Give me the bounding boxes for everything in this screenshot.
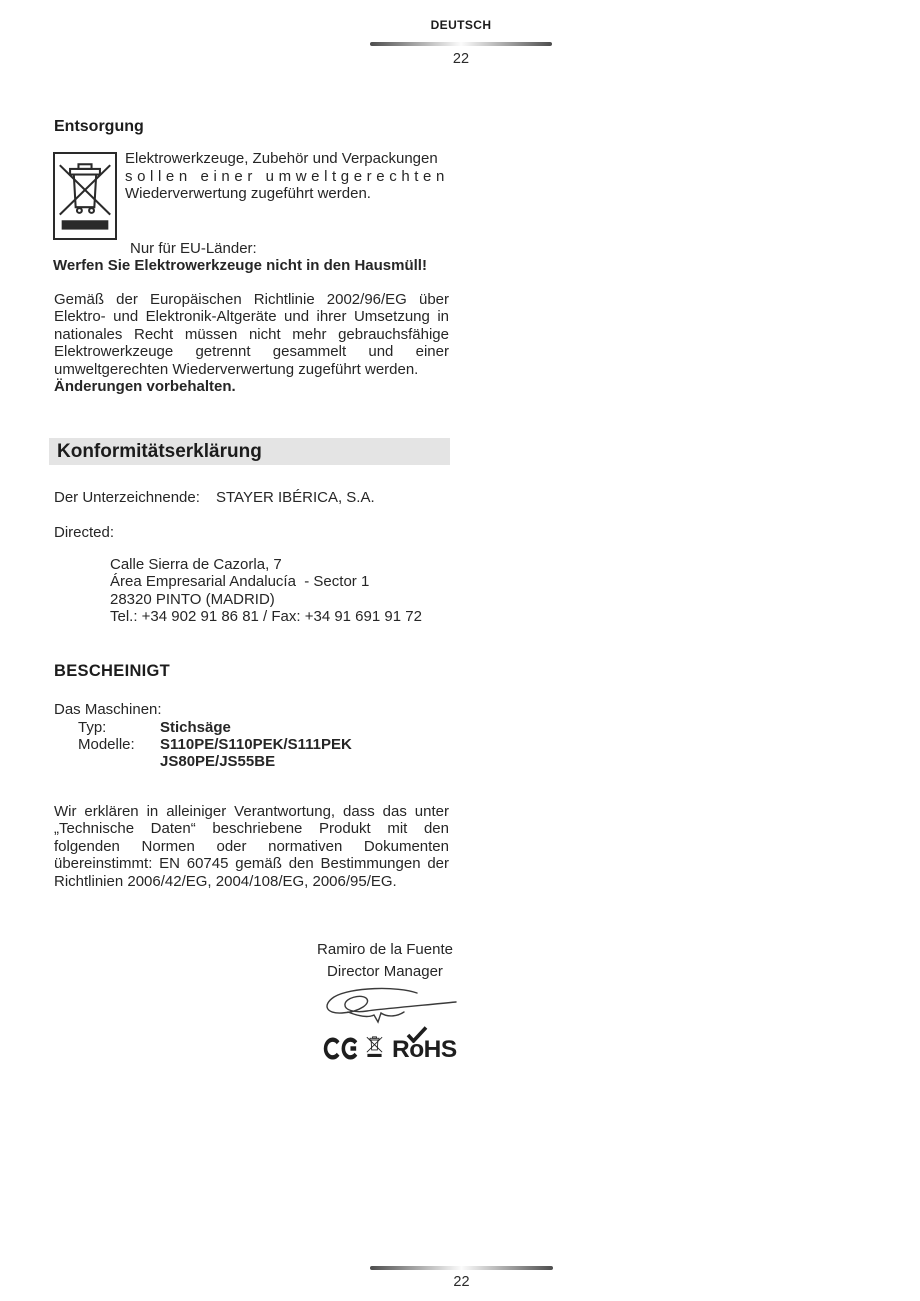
type-label: Typ: <box>78 719 106 736</box>
declaration-paragraph: Wir erklären in alleiniger Verantwortung… <box>54 803 449 890</box>
undersigned-label: Der Unterzeichnende: <box>54 489 200 506</box>
directed-label: Directed: <box>54 524 114 541</box>
disposal-title: Entsorgung <box>54 118 144 136</box>
ce-glyph <box>322 1037 359 1060</box>
header-rule <box>370 42 552 46</box>
footer-page-number: 22 <box>370 1274 553 1290</box>
manual-page: DEUTSCH 22 Entsorgung Elektrowerkzeuge, … <box>0 0 920 1301</box>
header-page-number: 22 <box>370 51 552 67</box>
address-line: Calle Sierra de Cazorla, 7 <box>110 556 422 573</box>
models-label: Modelle: <box>78 736 135 753</box>
signature-glyph <box>320 985 458 1025</box>
signatory-title: Director Manager <box>285 963 485 980</box>
company-address: Calle Sierra de Cazorla, 7 Área Empresar… <box>110 556 422 625</box>
eu-warning: Werfen Sie Elektrowerkzeuge nicht in den… <box>53 257 427 274</box>
company-name: STAYER IBÉRICA, S.A. <box>216 489 375 506</box>
header-language-label: DEUTSCH <box>370 18 552 32</box>
disposal-intro: Elektrowerkzeuge, Zubehör und Verpackung… <box>125 150 450 203</box>
address-line: Tel.: +34 902 91 86 81 / Fax: +34 91 691… <box>110 608 422 625</box>
crossed-out-bin-glyph <box>57 156 113 236</box>
signature-scribble <box>320 985 458 1030</box>
address-line: Área Empresarial Andalucía - Sector 1 <box>110 573 422 590</box>
eu-only-note: Nur für EU-Länder: <box>130 240 257 257</box>
type-value: Stichsäge <box>160 719 231 736</box>
disposal-intro-line: Wiederverwertung zugeführt werden. <box>125 185 450 203</box>
disposal-intro-line: sollen einer umweltgerechten <box>125 168 450 186</box>
directive-paragraph: Gemäß der Europäischen Richtlinie 2002/9… <box>54 291 449 378</box>
ce-mark-icon <box>322 1037 359 1065</box>
subject-to-change-note: Änderungen vorbehalten. <box>54 378 236 395</box>
models-value-line2: JS80PE/JS55BE <box>160 753 275 770</box>
address-line: 28320 PINTO (MADRID) <box>110 591 422 608</box>
checkmark-glyph <box>406 1026 428 1043</box>
machine-label: Das Maschinen: <box>54 701 162 718</box>
weee-crossed-out-bin-icon <box>53 152 117 240</box>
signatory-name: Ramiro de la Fuente <box>285 941 485 958</box>
crossed-out-bin-glyph <box>366 1033 383 1060</box>
footer-rule <box>370 1266 553 1270</box>
disposal-intro-line: Elektrowerkzeuge, Zubehör und Verpackung… <box>125 150 450 168</box>
rohs-checkmark-icon <box>406 1026 428 1048</box>
conformity-title: Konformitätserklärung <box>49 438 450 465</box>
weee-small-icon <box>366 1033 383 1065</box>
certified-heading: BESCHEINIGT <box>54 662 170 681</box>
models-value-line1: S110PE/S110PEK/S111PEK <box>160 736 352 753</box>
